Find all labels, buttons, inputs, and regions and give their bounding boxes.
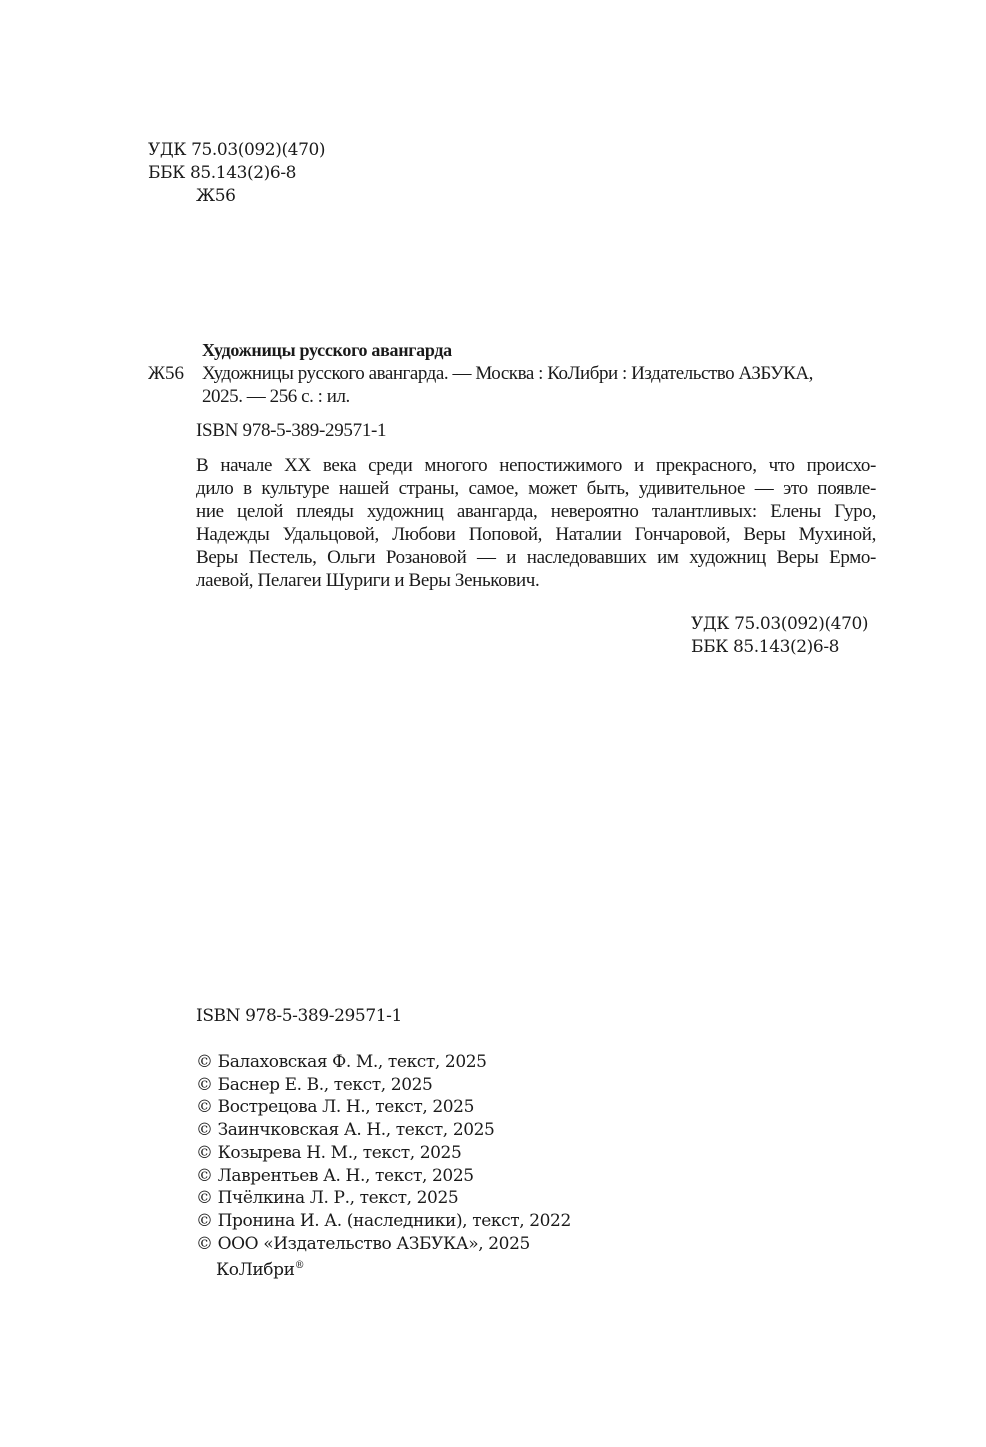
brand-name: КоЛибри [216, 1260, 295, 1280]
card-classification-block: УДК 75.03(092)(470) ББК 85.143(2)6-8 [691, 613, 868, 659]
udk-code: УДК 75.03(092)(470) [148, 139, 325, 162]
annotation-paragraph: В начале XX века среди многого непостижи… [196, 454, 876, 592]
card-bbk-code: ББК 85.143(2)6-8 [691, 636, 868, 659]
copyright-line: © ООО «Издательство АЗБУКА», 2025 [196, 1233, 571, 1256]
copyright-line: © Вострецова Л. Н., текст, 2025 [196, 1096, 571, 1119]
catalog-heading: Художницы русского авангарда [202, 340, 452, 361]
copyright-line: © Пчёлкина Л. Р., текст, 2025 [196, 1187, 571, 1210]
copyright-line: © Заинчковская А. Н., текст, 2025 [196, 1119, 571, 1142]
copyright-line: © Лаврентьев А. Н., текст, 2025 [196, 1165, 571, 1188]
catalog-description-line-1: Художницы русского авангарда. — Москва :… [202, 363, 813, 385]
copyright-line: © Козырева Н. М., текст, 2025 [196, 1142, 571, 1165]
catalog-author-mark: Ж56 [148, 363, 184, 385]
copyright-line: © Пронина И. А. (наследники), текст, 202… [196, 1210, 571, 1233]
annotation-line: В начале XX века среди многого непостижи… [196, 454, 876, 477]
top-classification-block: УДК 75.03(092)(470) ББК 85.143(2)6-8 Ж56 [148, 139, 325, 208]
annotation-line: дило в культуре нашей страны, самое, мож… [196, 477, 876, 500]
copyright-line: © Баснер Е. В., текст, 2025 [196, 1074, 571, 1097]
copyright-line: © Балаховская Ф. М., текст, 2025 [196, 1051, 571, 1074]
annotation-line: Надежды Удальцовой, Любови Поповой, Ната… [196, 523, 876, 546]
annotation-line: Веры Пестель, Ольги Розановой — и наслед… [196, 546, 876, 569]
bbk-code: ББК 85.143(2)6-8 [148, 162, 325, 185]
annotation-line: лаевой, Пелагеи Шуриги и Веры Зенькович. [196, 569, 876, 592]
bottom-isbn: ISBN 978-5-389-29571-1 [196, 1006, 402, 1026]
author-mark: Ж56 [148, 185, 325, 208]
catalog-description-line-2: 2025. — 256 с. : ил. [202, 386, 350, 408]
card-udk-code: УДК 75.03(092)(470) [691, 613, 868, 636]
annotation-line: ние целой плеяды художниц авангарда, нев… [196, 500, 876, 523]
registered-mark-icon: ® [295, 1260, 305, 1271]
publisher-brand: КоЛибри® [196, 1255, 571, 1282]
copyright-list: © Балаховская Ф. М., текст, 2025 © Басне… [196, 1051, 571, 1282]
catalog-isbn: ISBN 978-5-389-29571-1 [196, 420, 386, 442]
